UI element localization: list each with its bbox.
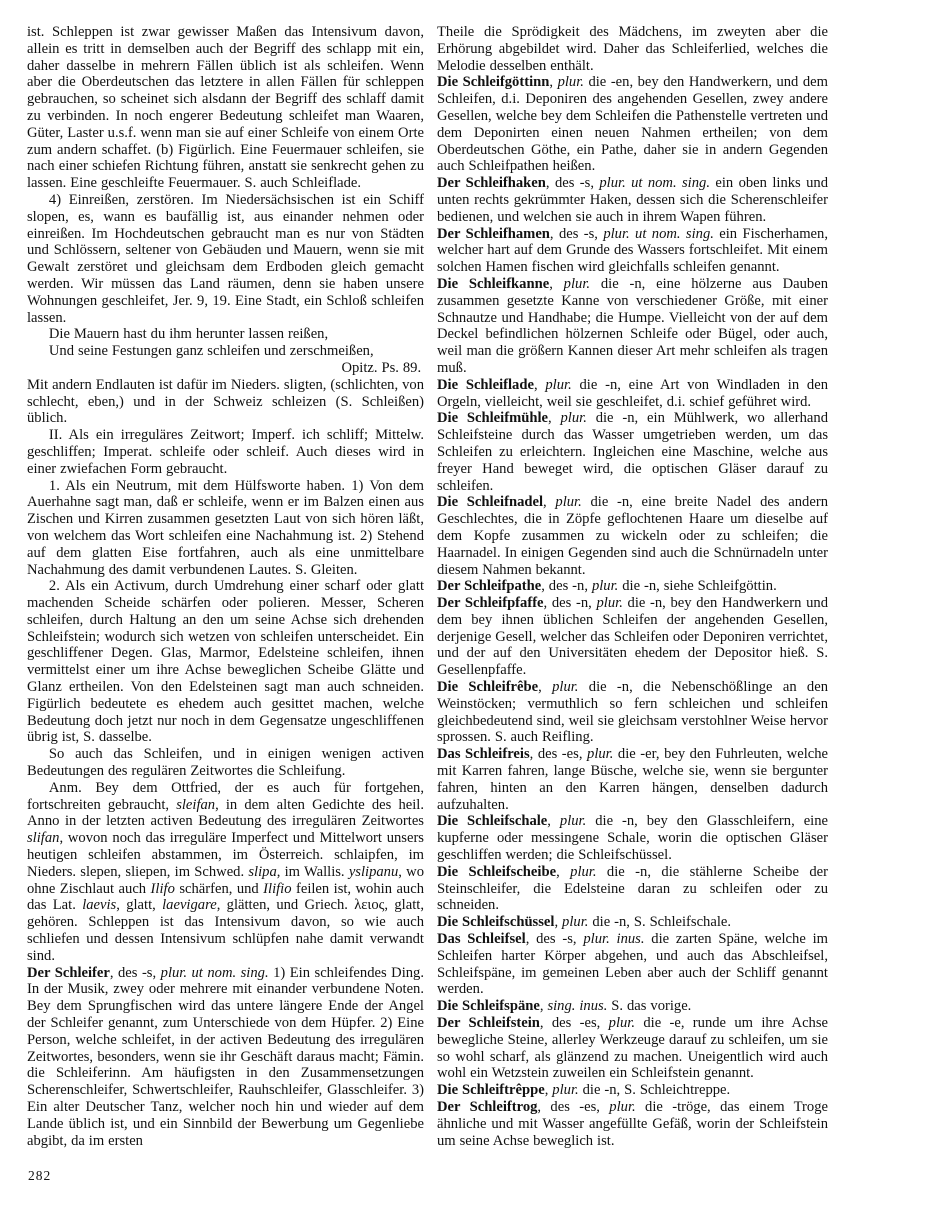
text-run: , — [543, 494, 555, 510]
dictionary-entry: Die Schleifgöttinn, plur. die -en, bey d… — [437, 74, 828, 175]
dictionary-entry: Der Schleifhamen, des -s, plur. ut nom. … — [437, 226, 828, 276]
paragraph: 4) Einreißen, zerstören. Im Niedersächsi… — [27, 192, 424, 326]
grammar-label: plur. — [592, 578, 618, 594]
text-run: , — [556, 864, 570, 880]
dictionary-entry: Das Schleifsel, des -s, plur. inus. die … — [437, 931, 828, 998]
dictionary-entry: Der Schleifer, des -s, plur. ut nom. sin… — [27, 965, 424, 1150]
page-number: 282 — [28, 1168, 51, 1184]
dictionary-entry: Die Schleifschale, plur. die -n, bey den… — [437, 813, 828, 863]
grammar-label: Ilifio — [263, 881, 291, 897]
text-run: , — [549, 276, 563, 292]
text-run: , des -es, — [540, 1015, 609, 1031]
grammar-label: plur. — [552, 679, 578, 695]
text-run: , des -s, — [546, 175, 599, 191]
right-column: Theile die Sprödigkeit des Mädchens, im … — [437, 24, 828, 1149]
grammar-label: plur. — [552, 1082, 578, 1098]
verse-attribution: Opitz. Ps. 89. — [27, 360, 424, 377]
text-run: die -n, S. Schleichtreppe. — [579, 1082, 731, 1098]
text-run: ist. Schleppen ist zwar gewisser Maßen d… — [27, 24, 424, 191]
grammar-label: slipa — [248, 864, 276, 880]
text-run: So auch das Schleifen, und in einigen we… — [27, 746, 424, 779]
grammar-label: plur. — [587, 746, 613, 762]
verse-line: Und seine Festungen ganz schleifen und z… — [27, 343, 424, 360]
grammar-label: plur. — [558, 74, 584, 90]
entry-headword: Der Schleifstein — [437, 1015, 540, 1031]
grammar-label: laevis — [82, 897, 116, 913]
dictionary-entry: Das Schleifreis, des -es, plur. die -er,… — [437, 746, 828, 813]
dictionary-entry: Die Schleiftrêppe, plur. die -n, S. Schl… — [437, 1082, 828, 1099]
grammar-label: plur. — [596, 595, 622, 611]
verse-line: Die Mauern hast du ihm herunter lassen r… — [27, 326, 424, 343]
grammar-label: plur. — [570, 864, 596, 880]
text-run: , — [554, 914, 562, 930]
grammar-label: laevigare — [162, 897, 217, 913]
entry-headword: Der Schleiftrog — [437, 1099, 537, 1115]
grammar-label: sing. inus. — [547, 998, 607, 1014]
dictionary-entry: Die Schleifrêbe, plur. die -n, die Neben… — [437, 679, 828, 746]
entry-headword: Die Schleifspäne — [437, 998, 540, 1014]
text-run: , glatt, — [116, 897, 162, 913]
dictionary-entry: Die Schleifspäne, sing. inus. S. das vor… — [437, 998, 828, 1015]
dictionary-entry: Der Schleifhaken, des -s, plur. ut nom. … — [437, 175, 828, 225]
entry-headword: Die Schleifgöttinn — [437, 74, 549, 90]
text-run: , des -n, — [544, 595, 597, 611]
grammar-label: plur. — [545, 377, 571, 393]
entry-headword: Die Schleifscheibe — [437, 864, 556, 880]
paragraph: II. Als ein irreguläres Zeitwort; Imperf… — [27, 427, 424, 477]
grammar-label: plur. — [609, 1015, 635, 1031]
text-run: II. Als ein irreguläres Zeitwort; Imperf… — [27, 427, 424, 477]
grammar-label: plur. ut nom. sing. — [599, 175, 710, 191]
left-column: ist. Schleppen ist zwar gewisser Maßen d… — [27, 24, 424, 1149]
grammar-label: plur. — [560, 813, 586, 829]
text-run: Und seine Festungen ganz schleifen und z… — [49, 343, 374, 359]
entry-headword: Der Schleifpathe — [437, 578, 541, 594]
text-run: Theile die Sprödigkeit des Mädchens, im … — [437, 24, 828, 74]
text-run: , des -es, — [537, 1099, 609, 1115]
grammar-label: Ilifo — [151, 881, 175, 897]
grammar-label: sleifan — [176, 797, 215, 813]
entry-headword: Die Schleifnadel — [437, 494, 543, 510]
text-run: S. das vorige. — [607, 998, 691, 1014]
text-run: 4) Einreißen, zerstören. Im Niedersächsi… — [27, 192, 424, 326]
paragraph: 1. Als ein Neutrum, mit dem Hülfsworte h… — [27, 478, 424, 579]
entry-headword: Die Schleifrêbe — [437, 679, 538, 695]
entry-headword: Das Schleifreis — [437, 746, 530, 762]
text-run: , des -s, — [550, 226, 603, 242]
grammar-label: plur. — [555, 494, 581, 510]
text-run: , im Wallis. — [277, 864, 349, 880]
text-run: schärfen, und — [175, 881, 263, 897]
entry-headword: Die Schleiflade — [437, 377, 534, 393]
dictionary-entry: Der Schleifstein, des -es, plur. die -e,… — [437, 1015, 828, 1082]
paragraph: 2. Als ein Activum, durch Umdrehung eine… — [27, 578, 424, 746]
text-run: die -n, siehe Schleifgöttin. — [618, 578, 776, 594]
entry-headword: Der Schleifpfaffe — [437, 595, 544, 611]
text-run: die -n, S. Schleifschale. — [588, 914, 731, 930]
entry-headword: Die Schleifkanne — [437, 276, 549, 292]
dictionary-entry: Die Schleiflade, plur. die -n, eine Art … — [437, 377, 828, 411]
text-run: Mit andern Endlauten ist dafür im Nieder… — [27, 377, 424, 427]
text-run: , — [538, 679, 552, 695]
entry-headword: Der Schleifer — [27, 965, 110, 981]
grammar-label: plur. ut nom. sing. — [161, 965, 269, 981]
entry-headword: Die Schleifschüssel — [437, 914, 554, 930]
entry-headword: Die Schleifmühle — [437, 410, 548, 426]
dictionary-page: ist. Schleppen ist zwar gewisser Maßen d… — [0, 0, 935, 1210]
dictionary-entry: Die Schleifscheibe, plur. die -n, die st… — [437, 864, 828, 914]
grammar-label: plur. — [564, 276, 590, 292]
dictionary-entry: Der Schleifpfaffe, des -n, plur. die -n,… — [437, 595, 828, 679]
paragraph: Theile die Sprödigkeit des Mädchens, im … — [437, 24, 828, 74]
grammar-label: slifan — [27, 830, 59, 846]
text-run: 1) Ein schleifendes Ding. In der Musik, … — [27, 965, 424, 1149]
text-run: , des -n, — [541, 578, 592, 594]
dictionary-entry: Der Schleiftrog, des -es, plur. die -trö… — [437, 1099, 828, 1149]
paragraph: So auch das Schleifen, und in einigen we… — [27, 746, 424, 780]
paragraph: ist. Schleppen ist zwar gewisser Maßen d… — [27, 24, 424, 192]
text-run: 2. Als ein Activum, durch Umdrehung eine… — [27, 578, 424, 745]
text-run: , des -s, — [526, 931, 584, 947]
dictionary-entry: Die Schleifkanne, plur. die -n, eine höl… — [437, 276, 828, 377]
entry-headword: Das Schleifsel — [437, 931, 526, 947]
paragraph: Anm. Bey dem Ottfried, der es auch für f… — [27, 780, 424, 965]
entry-headword: Der Schleifhaken — [437, 175, 546, 191]
dictionary-entry: Der Schleifpathe, des -n, plur. die -n, … — [437, 578, 828, 595]
entry-headword: Die Schleifschale — [437, 813, 547, 829]
grammar-label: yslipanu — [349, 864, 398, 880]
grammar-label: plur. — [609, 1099, 635, 1115]
text-run: , — [548, 410, 561, 426]
text-run: , — [549, 74, 557, 90]
dictionary-entry: Die Schleifnadel, plur. die -n, eine bre… — [437, 494, 828, 578]
text-run: , — [534, 377, 545, 393]
grammar-label: plur. — [562, 914, 588, 930]
text-run: , des -s, — [110, 965, 161, 981]
grammar-label: plur. — [561, 410, 587, 426]
text-run: Opitz. Ps. 89. — [341, 360, 421, 376]
grammar-label: plur. inus. — [583, 931, 644, 947]
grammar-label: plur. ut nom. sing. — [603, 226, 714, 242]
text-run: 1. Als ein Neutrum, mit dem Hülfsworte h… — [27, 478, 424, 578]
dictionary-entry: Die Schleifmühle, plur. die -n, ein Mühl… — [437, 410, 828, 494]
dictionary-entry: Die Schleifschüssel, plur. die -n, S. Sc… — [437, 914, 828, 931]
text-run: , des -es, — [530, 746, 587, 762]
paragraph: Mit andern Endlauten ist dafür im Nieder… — [27, 377, 424, 427]
text-run: , — [547, 813, 560, 829]
text-run: Die Mauern hast du ihm herunter lassen r… — [49, 326, 328, 342]
entry-headword: Der Schleifhamen — [437, 226, 550, 242]
entry-headword: Die Schleiftrêppe — [437, 1082, 545, 1098]
